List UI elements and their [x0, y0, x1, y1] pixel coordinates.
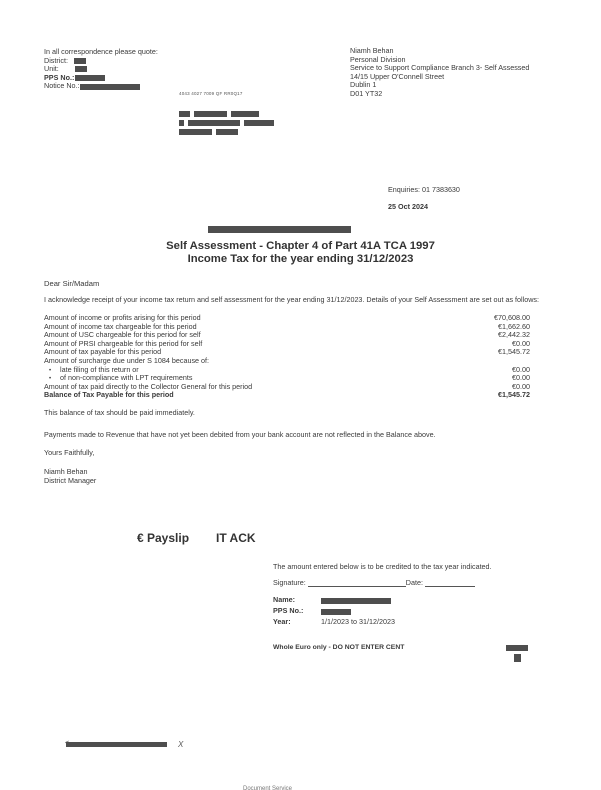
sender-line: D01 YT32 — [350, 90, 529, 99]
enquiries-phone: Enquiries: 01 7383630 — [388, 186, 460, 195]
item-label: Balance of Tax Payable for this period — [44, 391, 174, 400]
redacted-pps — [75, 75, 105, 81]
assessment-item-row: Balance of Tax Payable for this period€1… — [44, 391, 530, 400]
redacted-ocr-line — [66, 742, 167, 747]
assessment-items: Amount of income or profits arising for … — [44, 314, 530, 400]
redacted-district — [74, 58, 86, 64]
recipient-line — [179, 109, 274, 118]
payslip-form: The amount entered below is to be credit… — [273, 561, 543, 628]
name-row: Name: — [273, 595, 543, 606]
redacted-title-bar — [208, 226, 351, 233]
signer: Niamh Behan District Manager — [44, 468, 96, 485]
redaction — [179, 129, 212, 135]
letter-date: 25 Oct 2024 — [388, 203, 428, 212]
district-row: District: — [44, 57, 158, 66]
document-title: Self Assessment - Chapter 4 of Part 41A … — [0, 240, 601, 252]
redacted-notice — [80, 84, 140, 90]
pps-label: PPS No.: — [273, 607, 321, 616]
signature-field[interactable] — [308, 580, 406, 587]
redaction — [194, 111, 227, 117]
redaction — [231, 111, 259, 117]
redacted-unit — [75, 66, 87, 72]
redaction — [216, 129, 238, 135]
year-label: Year: — [273, 618, 321, 627]
intro-paragraph: I acknowledge receipt of your income tax… — [44, 296, 544, 305]
document-subtitle: Income Tax for the year ending 31/12/202… — [0, 253, 601, 265]
redaction — [244, 120, 274, 126]
redaction — [179, 111, 190, 117]
payments-note: Payments made to Revenue that have not y… — [44, 431, 436, 440]
recipient-line — [179, 118, 274, 127]
year-value: 1/1/2023 to 31/12/2023 — [321, 618, 395, 627]
recipient-line — [179, 127, 274, 136]
redacted-pps — [321, 609, 351, 615]
date-label: Date: — [406, 579, 423, 588]
signature-row: Signature: Date: — [273, 577, 543, 589]
redacted-name — [321, 598, 391, 604]
page-footer: Document Service — [243, 786, 292, 790]
signature-label: Signature: — [273, 579, 306, 588]
sender-address: Niamh Behan Personal Division Service to… — [350, 47, 529, 99]
redacted-mark — [506, 645, 528, 651]
item-amount: €1,545.72 — [498, 391, 530, 400]
whole-euro-note: Whole Euro only - DO NOT ENTER CENT — [273, 644, 404, 651]
closing: Yours Faithfully, — [44, 449, 94, 458]
redaction — [179, 120, 184, 126]
year-row: Year: 1/1/2023 to 31/12/2023 — [273, 617, 543, 628]
sender-line: 14/15 Upper O'Connell Street — [350, 73, 529, 82]
payslip-heading: € Payslip — [137, 531, 189, 545]
payment-note: This balance of tax should be paid immed… — [44, 409, 195, 418]
correspondence-reference-block: In all correspondence please quote: Dist… — [44, 48, 158, 91]
credit-note: The amount entered below is to be credit… — [273, 561, 543, 573]
it-ack-heading: IT ACK — [216, 531, 256, 545]
notice-row: Notice No.: — [44, 82, 158, 91]
date-field[interactable] — [425, 580, 475, 587]
redaction — [188, 120, 240, 126]
recipient-address-redacted — [179, 109, 274, 136]
redacted-mark — [514, 654, 521, 662]
notice-label: Notice No.: — [44, 82, 80, 91]
ocr-x-marker: X — [178, 740, 183, 749]
signer-title: District Manager — [44, 477, 96, 486]
salutation: Dear Sir/Madam — [44, 279, 99, 289]
pps-row: PPS No.: — [273, 606, 543, 617]
reference-code: 4043 4027 7009 QF RR0Q17 — [179, 91, 243, 96]
item-amount: €1,545.72 — [498, 348, 530, 357]
name-label: Name: — [273, 596, 321, 605]
